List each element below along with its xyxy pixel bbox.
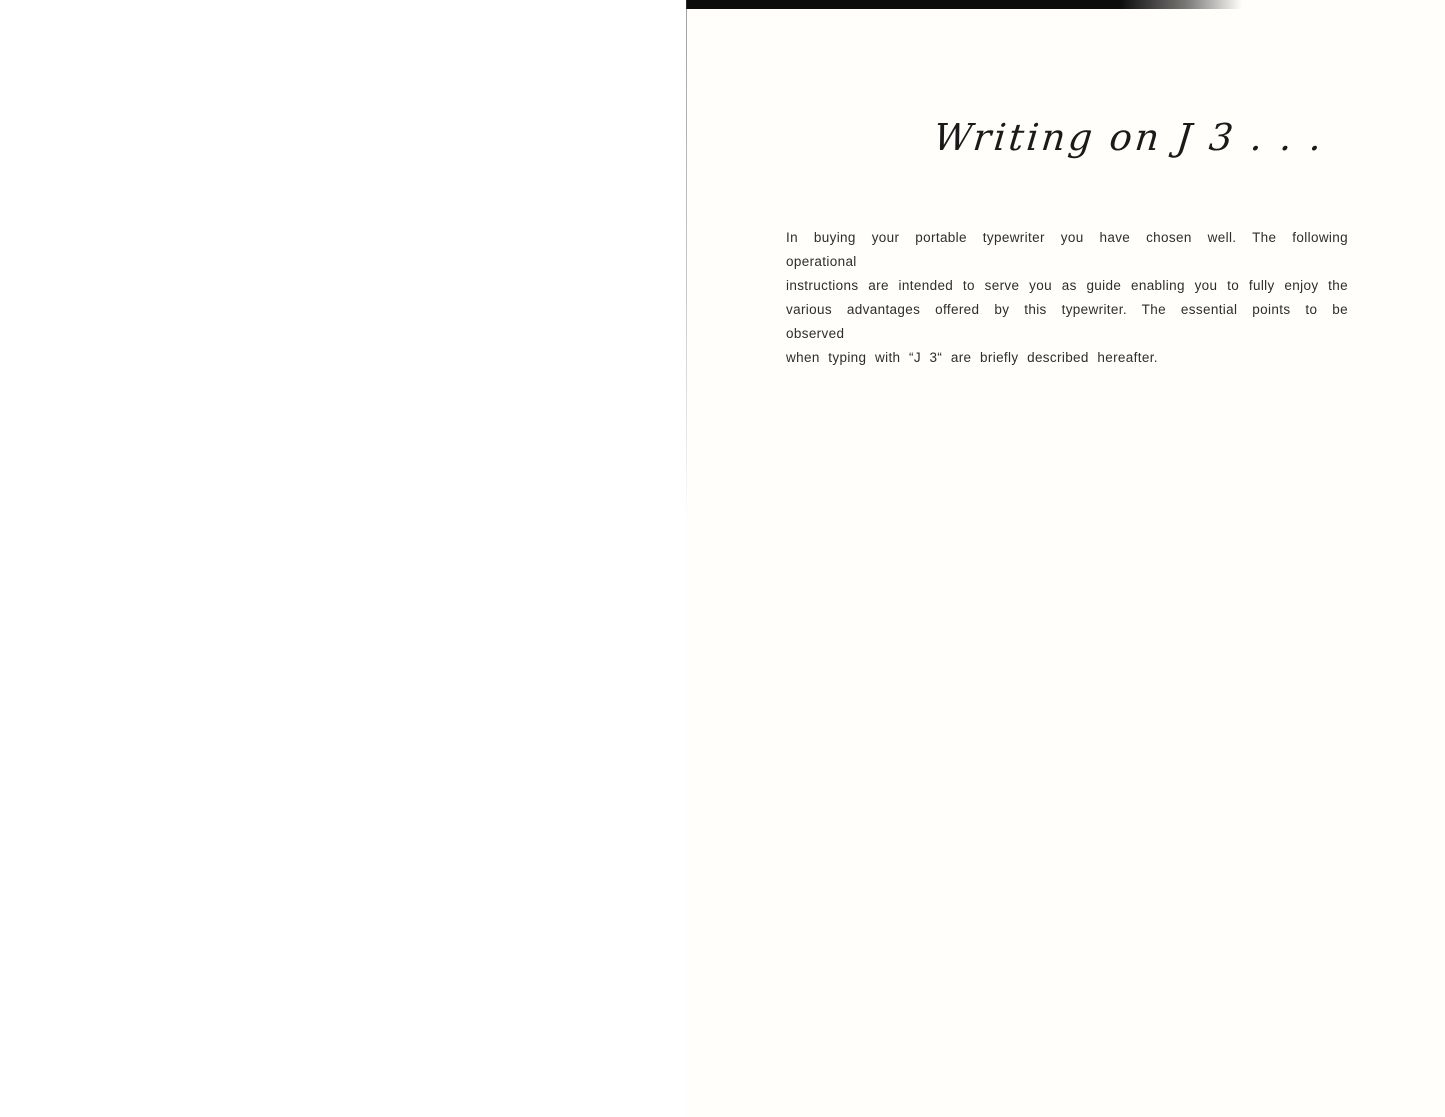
paragraph-line: instructions are intended to serve you a… [786,274,1348,298]
left-blank-page [0,0,686,1117]
paragraph-line: when typing with “J 3“ are briefly descr… [786,346,1348,370]
scan-edge-bar [686,0,1242,9]
paragraph-line: In buying your portable typewriter you h… [786,226,1348,274]
scanned-manual-spread: Writing on J 3 . . . In buying your port… [0,0,1445,1117]
page-title: Writing on J 3 . . . [932,116,1327,159]
intro-paragraph: In buying your portable typewriter you h… [786,226,1348,370]
right-page: Writing on J 3 . . . In buying your port… [686,0,1445,1117]
paragraph-line: various advantages offered by this typew… [786,298,1348,346]
page-fold-crease [686,0,687,522]
